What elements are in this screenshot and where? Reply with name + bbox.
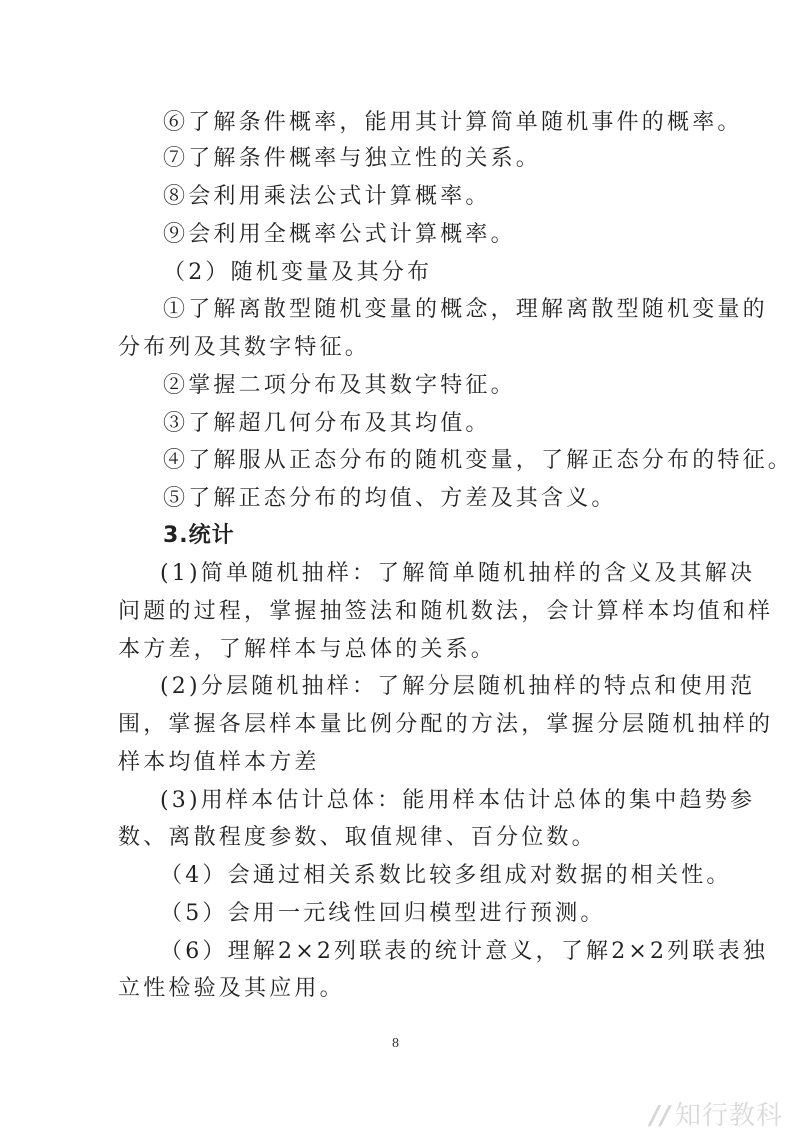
- section-heading: 3.统计: [163, 521, 763, 551]
- paragraph-line: (3)用样本估计总体：能用样本估计总体的集中趋势参: [160, 786, 760, 816]
- paragraph-line: 问题的过程，掌握抽签法和随机数法，会计算样本均值和样: [118, 597, 718, 627]
- list-item: ③了解超几何分布及其均值。: [163, 409, 763, 439]
- section-subheading: （2）随机变量及其分布: [163, 258, 763, 288]
- list-item: ⑥了解条件概率，能用其计算简单随机事件的概率。: [163, 108, 763, 138]
- list-item: ⑨会利用全概率公式计算概率。: [163, 220, 763, 250]
- list-item: ①了解离散型随机变量的概念，理解离散型随机变量的: [163, 295, 763, 325]
- paragraph-line: (1)简单随机抽样：了解简单随机抽样的含义及其解决: [160, 559, 760, 589]
- paragraph-line: （4）会通过相关系数比较多组成对数据的相关性。: [160, 861, 760, 891]
- paragraph-line: 本方差，了解样本与总体的关系。: [118, 635, 718, 665]
- list-item-continuation: 分布列及其数字特征。: [118, 333, 718, 363]
- list-item: ⑧会利用乘法公式计算概率。: [163, 182, 763, 212]
- paragraph-line: 数、离散程度参数、取值规律、百分位数。: [118, 823, 718, 853]
- list-item: ⑤了解正态分布的均值、方差及其含义。: [163, 484, 763, 514]
- watermark-logo-icon: //: [650, 1101, 671, 1131]
- paragraph-line: 样本均值样本方差: [118, 748, 718, 778]
- paragraph-line: （5）会用一元线性回归模型进行预测。: [160, 899, 760, 929]
- watermark-text: 知行教科: [675, 1101, 783, 1131]
- list-item: ④了解服从正态分布的随机变量，了解正态分布的特征。: [163, 446, 763, 476]
- paragraph-line: (2)分层随机抽样：了解分层随机抽样的特点和使用范: [160, 672, 760, 702]
- paragraph-line: 围，掌握各层样本量比例分配的方法，掌握分层随机抽样的: [118, 710, 718, 740]
- document-page: ⑥了解条件概率，能用其计算简单随机事件的概率。 ⑦了解条件概率与独立性的关系。 …: [0, 0, 800, 1131]
- list-item: ⑦了解条件概率与独立性的关系。: [163, 144, 763, 174]
- paragraph-line: （6）理解2×2列联表的统计意义，了解2×2列联表独: [160, 937, 760, 967]
- page-number: 8: [392, 1036, 399, 1052]
- list-item: ②掌握二项分布及其数字特征。: [163, 371, 763, 401]
- paragraph-line: 立性检验及其应用。: [118, 974, 718, 1004]
- watermark: //知行教科: [650, 1095, 783, 1131]
